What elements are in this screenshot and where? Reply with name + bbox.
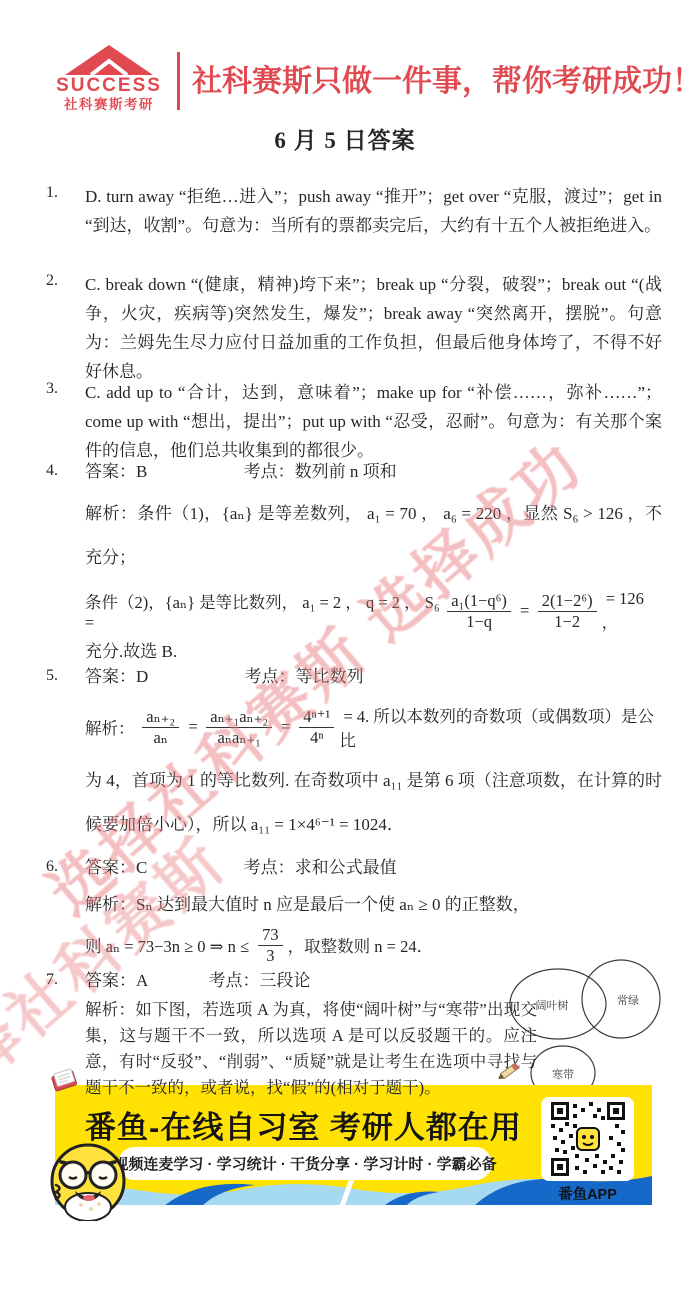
fraction-numerator: aₙ₊₁aₙ₊₂ [206, 707, 272, 728]
item-number: 7. [46, 971, 78, 989]
banner-features: 视频连麦学习 · 学习统计 · 干货分享 · 学习计时 · 学霸必备 [118, 1147, 492, 1180]
answer-item-2: 2. C. break down “(健康，精神)垮下来”；break up “… [46, 270, 662, 386]
item-text: C. break down “(健康，精神)垮下来”；break up “分裂，… [85, 270, 662, 386]
fraction-numerator: 73 [258, 925, 283, 946]
answer-item-7: 7. 答案：A 考点：三段论 解析：如下图，若选项 A 为真，将使“阔叶树”与“… [46, 969, 662, 1101]
item-head-row: 答案：D 考点：等比数列 [85, 665, 662, 689]
equals-sign: = [516, 601, 533, 621]
pufferfish-mascot-icon [45, 1135, 131, 1221]
answer-sheet-page: SUCCESS 社科赛斯考研 社科赛斯只做一件事，帮你考研成功！ 6 月 5 日… [0, 0, 690, 1298]
fraction-numerator: aₙ₊₂ [142, 707, 179, 728]
item-head-row: 答案：A 考点：三段论 [85, 969, 662, 993]
fraction-denominator: 3 [266, 946, 274, 965]
answer-item-1: 1. D. turn away “拒绝…进入”；push away “推开”；g… [46, 182, 662, 240]
analysis-line-1: 解析：Sₙ 达到最大值时 n 应是最后一个使 aₙ ≥ 0 的正整数， [85, 890, 662, 920]
success-logo: SUCCESS 社科赛斯考研 [44, 44, 174, 113]
item-number: 5. [46, 667, 78, 685]
point-label: 考点：等比数列 [245, 667, 364, 686]
item-head-row: 答案：C 考点：求和公式最值 [85, 856, 662, 880]
item-head-row: 答案：B 考点：数列前 n 项和 [85, 460, 662, 484]
result-text: = 126 ， [602, 589, 662, 633]
q4-formula-line: 条件（2)，{aₙ} 是等比数列， a₁ = 2 ， q = 2 ， S₆ = … [85, 582, 662, 640]
answer-item-4: 4. 答案：B 考点：数列前 n 项和 解析：条件（1)，{aₙ} 是等差数列，… [46, 460, 662, 664]
header-slogan: 社科赛斯只做一件事，帮你考研成功！ [192, 60, 670, 104]
item-text: D. turn away “拒绝…进入”；push away “推开”；get … [85, 182, 662, 240]
fraction-denominator: 1−q [466, 612, 492, 631]
q4-fraction-1: a₁(1−q⁶) 1−q [447, 591, 511, 631]
answer-label: 答案：C [85, 856, 147, 880]
fraction-denominator: 4ⁿ [310, 728, 323, 747]
q5-fraction-3: 4ⁿ⁺¹ 4ⁿ [299, 707, 334, 747]
item-number: 3. [46, 380, 78, 398]
page-title: 6 月 5 日答案 [0, 122, 690, 155]
result-text: = 4. 所以本数列的奇数项（或偶数项）是公比 [339, 703, 662, 751]
fraction-numerator: 4ⁿ⁺¹ [299, 707, 334, 728]
equals-sign: = [184, 717, 201, 737]
logo-brand-text: SUCCESS [44, 76, 174, 96]
answer-label: 答案：B [85, 460, 147, 484]
q5-fraction-1: aₙ₊₂ aₙ [142, 707, 179, 747]
ad-banner: 番鱼-在线自习室 考研人都在用 视频连麦学习 · 学习统计 · 干货分享 · 学… [55, 1085, 652, 1205]
q5-formula-line: 解析： aₙ₊₂ aₙ = aₙ₊₁aₙ₊₂ aₙaₙ₊₁ = 4ⁿ⁺¹ 4ⁿ … [85, 699, 662, 755]
q4-fraction-2: 2(1−2⁶) 1−2 [538, 591, 597, 631]
answer-label: 答案：D [85, 665, 148, 689]
analysis-line-2: 为 4，首项为 1 的等比数列. 在奇数项中 a₁₁ 是第 6 项（注意项数，在… [85, 759, 662, 847]
item-number: 6. [46, 858, 78, 876]
answer-item-5: 5. 答案：D 考点：等比数列 解析： aₙ₊₂ aₙ = aₙ₊₁aₙ₊₂ a… [46, 665, 662, 847]
result-text: ，取整数则 n = 24． [288, 933, 433, 957]
q4-cond2-text: 条件（2)，{aₙ} 是等比数列， a₁ = 2 ， q = 2 ， S₆ = [85, 589, 442, 633]
header-divider [177, 52, 180, 110]
fraction-numerator: 2(1−2⁶) [538, 591, 597, 612]
logo-sub-text: 社科赛斯考研 [44, 96, 174, 113]
analysis-line-1: 解析：条件（1)，{aₙ} 是等差数列， a₁ = 70 ， a₆ = 220 … [85, 492, 662, 580]
item-number: 4. [46, 462, 78, 480]
qr-code [541, 1097, 634, 1181]
fraction-denominator: 1−2 [554, 612, 580, 631]
fraction-denominator: aₙ [153, 728, 167, 747]
qr-code-icon [551, 1102, 625, 1176]
item-text: C. add up to “合计，达到，意味着”；make up for “补偿… [85, 378, 662, 465]
point-label: 考点：三段论 [209, 971, 311, 990]
q5-fraction-2: aₙ₊₁aₙ₊₂ aₙaₙ₊₁ [206, 707, 272, 747]
analysis-text: 解析：如下图，若选项 A 为真，将使“阔叶树”与“寒带”出现交集，这与题干不一致… [85, 997, 537, 1101]
banner-headline: 番鱼-在线自习室 考研人都在用 [85, 1102, 522, 1147]
q4-conclusion: 充分.故选 B. [85, 640, 662, 664]
answer-label: 答案：A [85, 969, 148, 993]
equals-sign: = [277, 717, 294, 737]
fraction-numerator: a₁(1−q⁶) [447, 591, 511, 612]
answer-item-3: 3. C. add up to “合计，达到，意味着”；make up for … [46, 378, 662, 465]
point-label: 考点：数列前 n 项和 [244, 462, 397, 481]
item-number: 2. [46, 272, 78, 290]
analysis-prefix: 解析： [85, 715, 137, 739]
point-label: 考点：求和公式最值 [244, 858, 397, 877]
roof-triangle-icon [63, 44, 155, 76]
fraction-denominator: aₙaₙ₊₁ [218, 728, 261, 747]
q6-inequality-text: 则 aₙ = 73−3n ≥ 0 ⇒ n ≤ [85, 933, 253, 957]
q6-fraction: 73 3 [258, 925, 283, 965]
item-number: 1. [46, 184, 78, 202]
qr-caption: 番鱼APP [541, 1183, 634, 1204]
